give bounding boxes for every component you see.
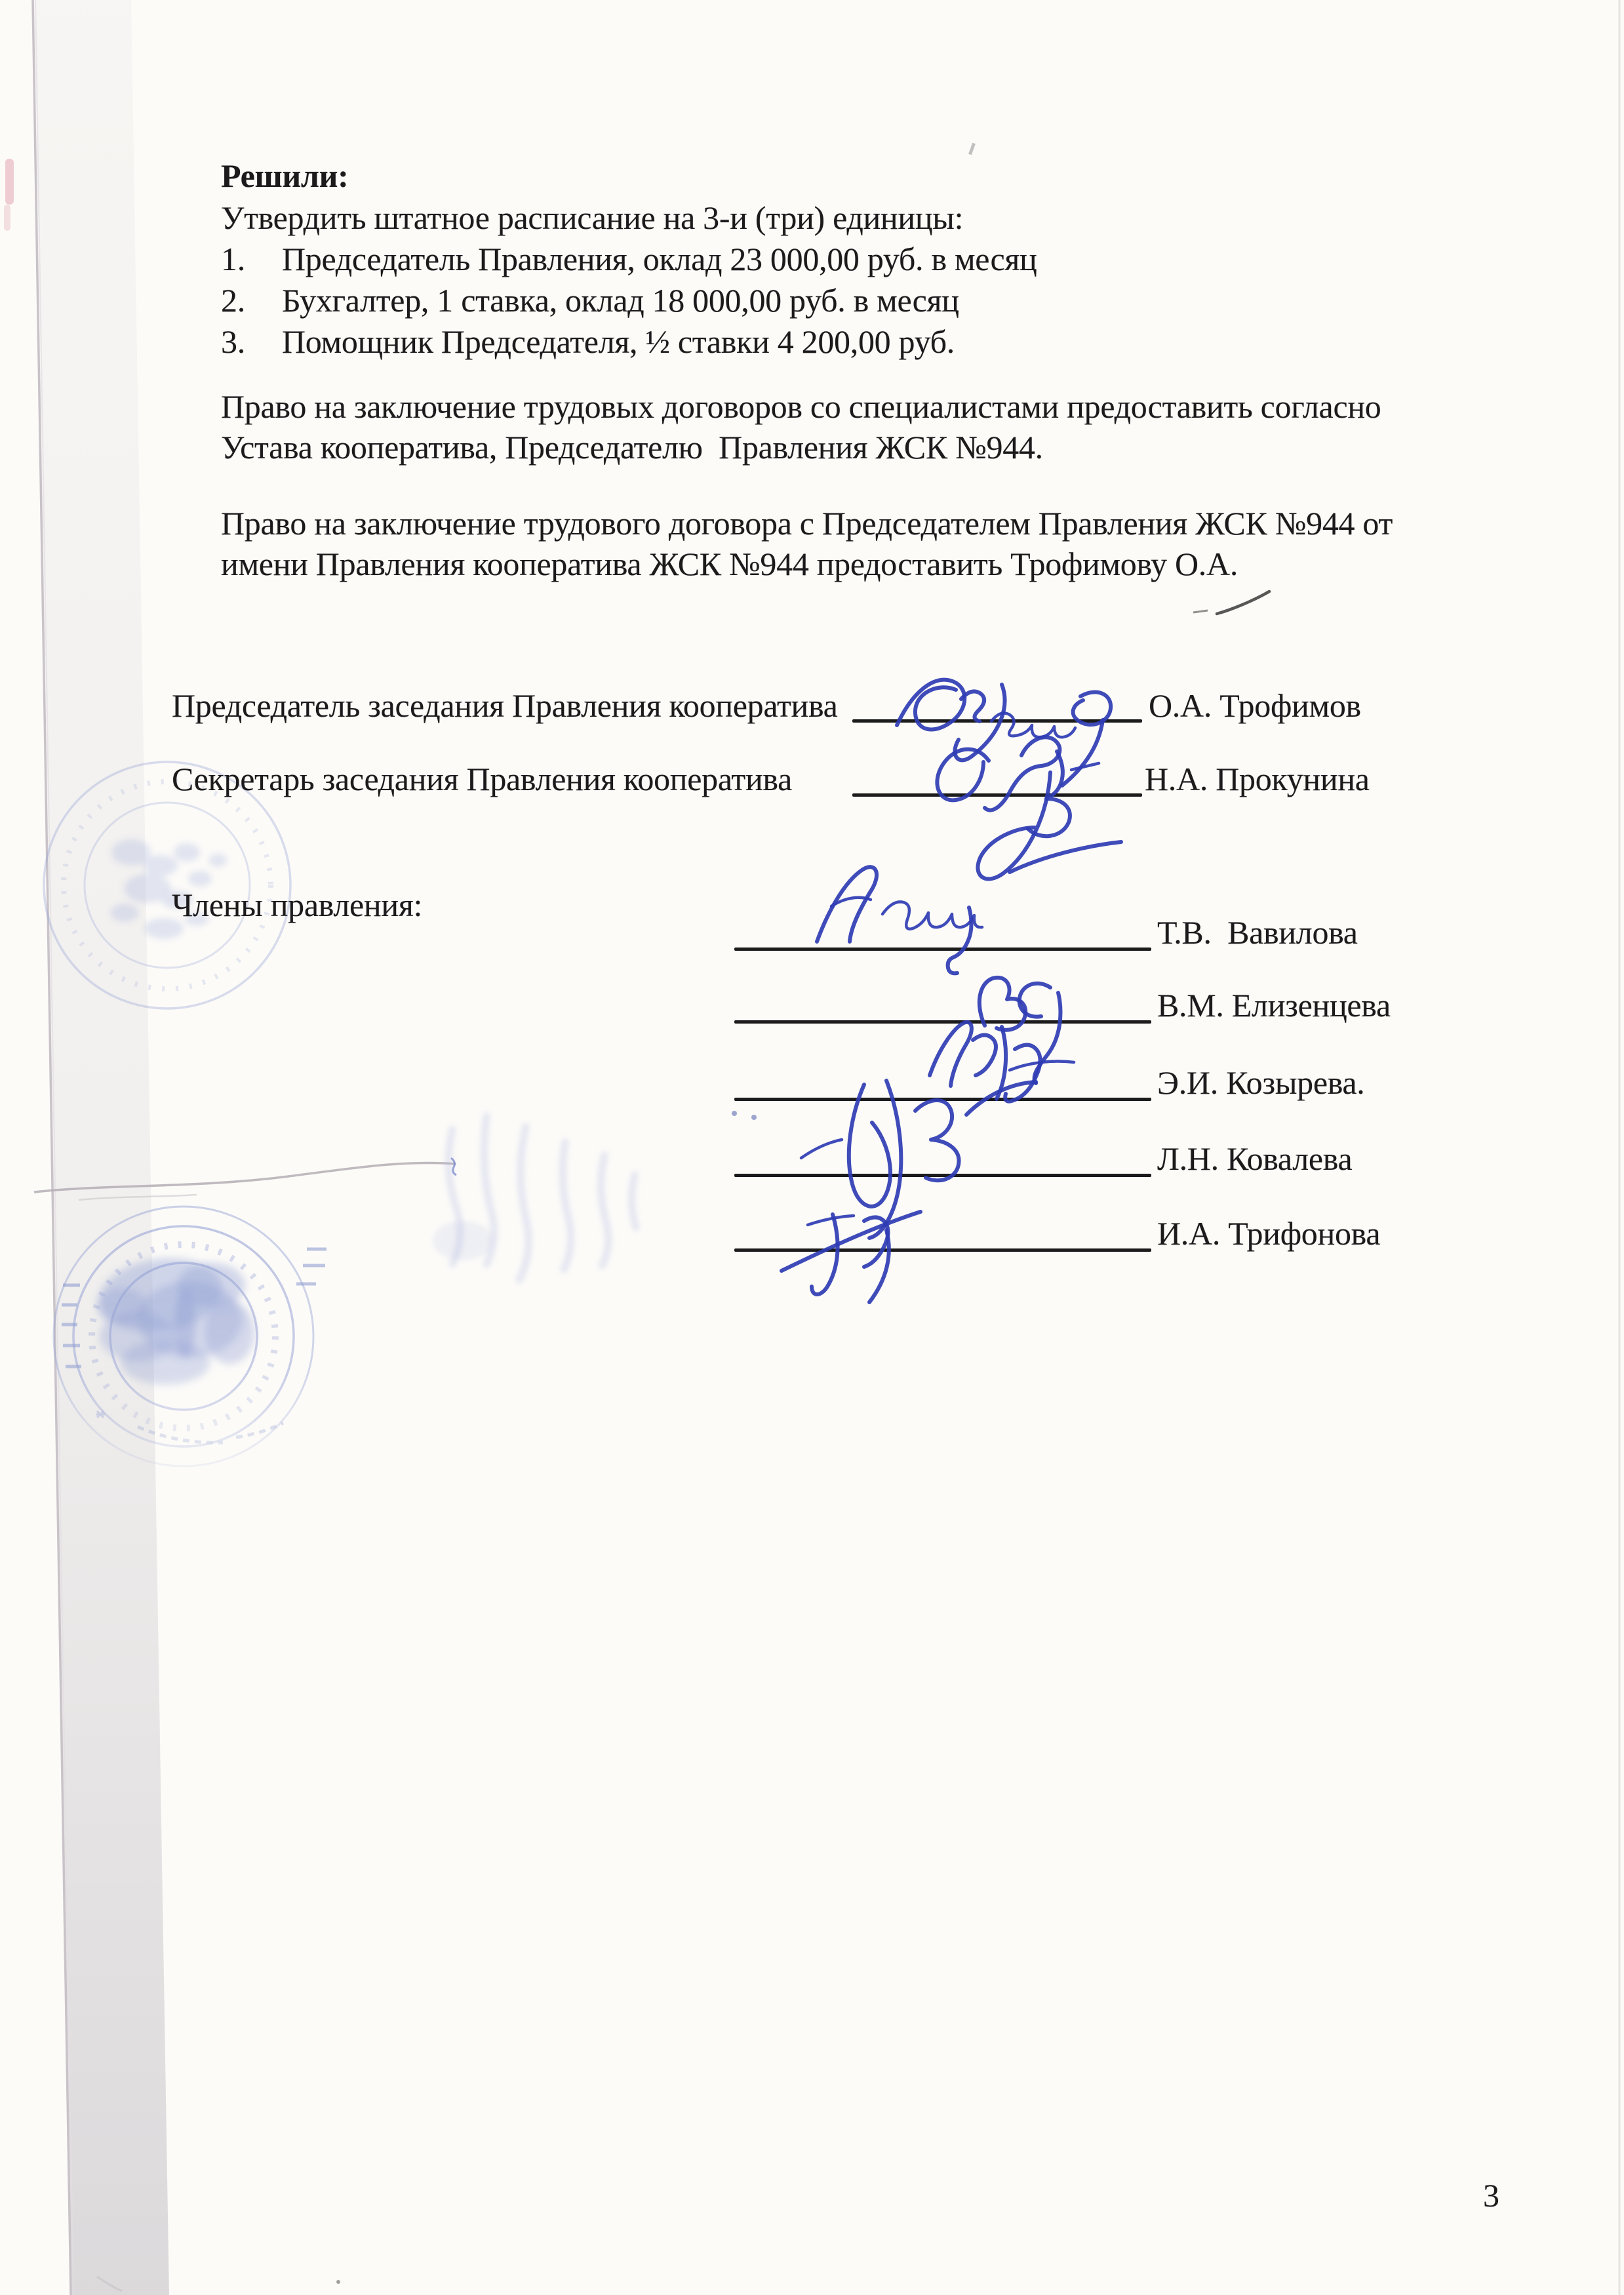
signature-elizentseva: [980, 978, 1061, 1083]
signature-dash: [1071, 763, 1099, 770]
members-label: Члены правления:: [172, 887, 422, 923]
member-signature-line: [734, 1174, 1151, 1177]
member-signature-line: [734, 1020, 1151, 1024]
item-text: Бухгалтер, 1 ставка, оклад 18 000,00 руб…: [282, 282, 959, 319]
ink-dot: [751, 1115, 757, 1120]
member-signature-line: [734, 1248, 1151, 1252]
scan-speck: [968, 143, 976, 155]
paragraph-2-line-1: Право на заключение трудового договора с…: [221, 505, 1393, 542]
resolution-item-2: 2.Бухгалтер, 1 ставка, оклад 18 000,00 р…: [221, 282, 959, 319]
stamp-inner-ring: [85, 803, 250, 968]
signature-trofimov: [897, 680, 1111, 786]
item-text: Председатель Правления, оклад 23 000,00 …: [282, 241, 1037, 277]
item-text: Помощник Председателя, ½ ставки 4 200,00…: [282, 323, 955, 360]
ink-dot: [732, 1111, 737, 1116]
scan-dot: [336, 2280, 340, 2284]
item-number: 2.: [221, 282, 282, 319]
pink-edge-smudge: [5, 159, 14, 205]
chairman-name: О.А. Трофимов: [1149, 687, 1361, 724]
left-page-edge-highlight: [35, 0, 73, 2295]
secretary-signature-line: [852, 793, 1142, 797]
paragraph-1-line-2: Устава кооператива, Председателю Правлен…: [221, 429, 1043, 466]
left-page-edge-line: [33, 0, 71, 2295]
member-name: Л.Н. Ковалева: [1157, 1140, 1352, 1177]
seal-eagle-emblem: [94, 1250, 254, 1385]
member-signature-line: [734, 948, 1151, 951]
item-number: 1.: [221, 241, 282, 277]
scanned-document-page: Решили: Утвердить штатное расписание на …: [0, 0, 1624, 2295]
paragraph-1-line-1: Право на заключение трудовых договоров с…: [221, 388, 1381, 425]
resolution-heading: Решили:: [221, 157, 349, 194]
page-number: 3: [1483, 2177, 1499, 2214]
blue-ink-fleck: [451, 1158, 456, 1175]
signature-prokunina: [937, 737, 1099, 879]
paragraph-2-line-2: имени Правления кооператива ЖСК №944 пре…: [221, 546, 1238, 582]
seal-rim-letters: [62, 1249, 327, 1443]
item-number: 3.: [221, 323, 282, 360]
paper-crease-line: [34, 1163, 456, 1192]
signature-kozyreva: [732, 1022, 1040, 1120]
signature-kovaleva: [801, 1062, 1074, 1239]
member-signature-line: [734, 1098, 1151, 1101]
pen-tick-mark: [1193, 591, 1269, 614]
member-name: И.А. Трифонова: [1157, 1215, 1380, 1252]
member-name: Э.И. Козырева.: [1157, 1064, 1364, 1101]
seal-outer-ring: [73, 1226, 294, 1447]
secretary-label: Секретарь заседания Правления кооператив…: [172, 761, 792, 797]
paper-crease-echo: [79, 1195, 197, 1200]
seal-outermost-ring: [54, 1207, 313, 1466]
signature-trifonova: [782, 1212, 921, 1302]
resolution-item-1: 1.Председатель Правления, оклад 23 000,0…: [221, 241, 1037, 277]
resolution-item-3: 3.Помощник Председателя, ½ ставки 4 200,…: [221, 323, 955, 360]
secretary-name: Н.А. Прокунина: [1145, 761, 1370, 797]
pink-edge-smudge: [4, 205, 10, 231]
member-name: В.М. Елизенцева: [1157, 987, 1391, 1024]
member-name: Т.В. Вавилова: [1157, 914, 1358, 951]
signature-vavilova: [817, 842, 1121, 973]
seal-inner-ring: [110, 1263, 257, 1410]
stamp-rim-text: [64, 782, 271, 989]
chairman-signature-line: [852, 719, 1142, 723]
seal-rim-text: [92, 1245, 275, 1428]
smudge-blob: [433, 1221, 493, 1260]
left-edge-shadow-band: [33, 0, 169, 2295]
corner-scratch: [97, 2277, 122, 2291]
seal-star-mark: [96, 1411, 105, 1418]
resolution-intro: Утвердить штатное расписание на 3-и (три…: [221, 199, 963, 236]
stamp-outer-ring: [44, 762, 290, 1008]
chairman-label: Председатель заседания Правления коопера…: [172, 687, 838, 724]
